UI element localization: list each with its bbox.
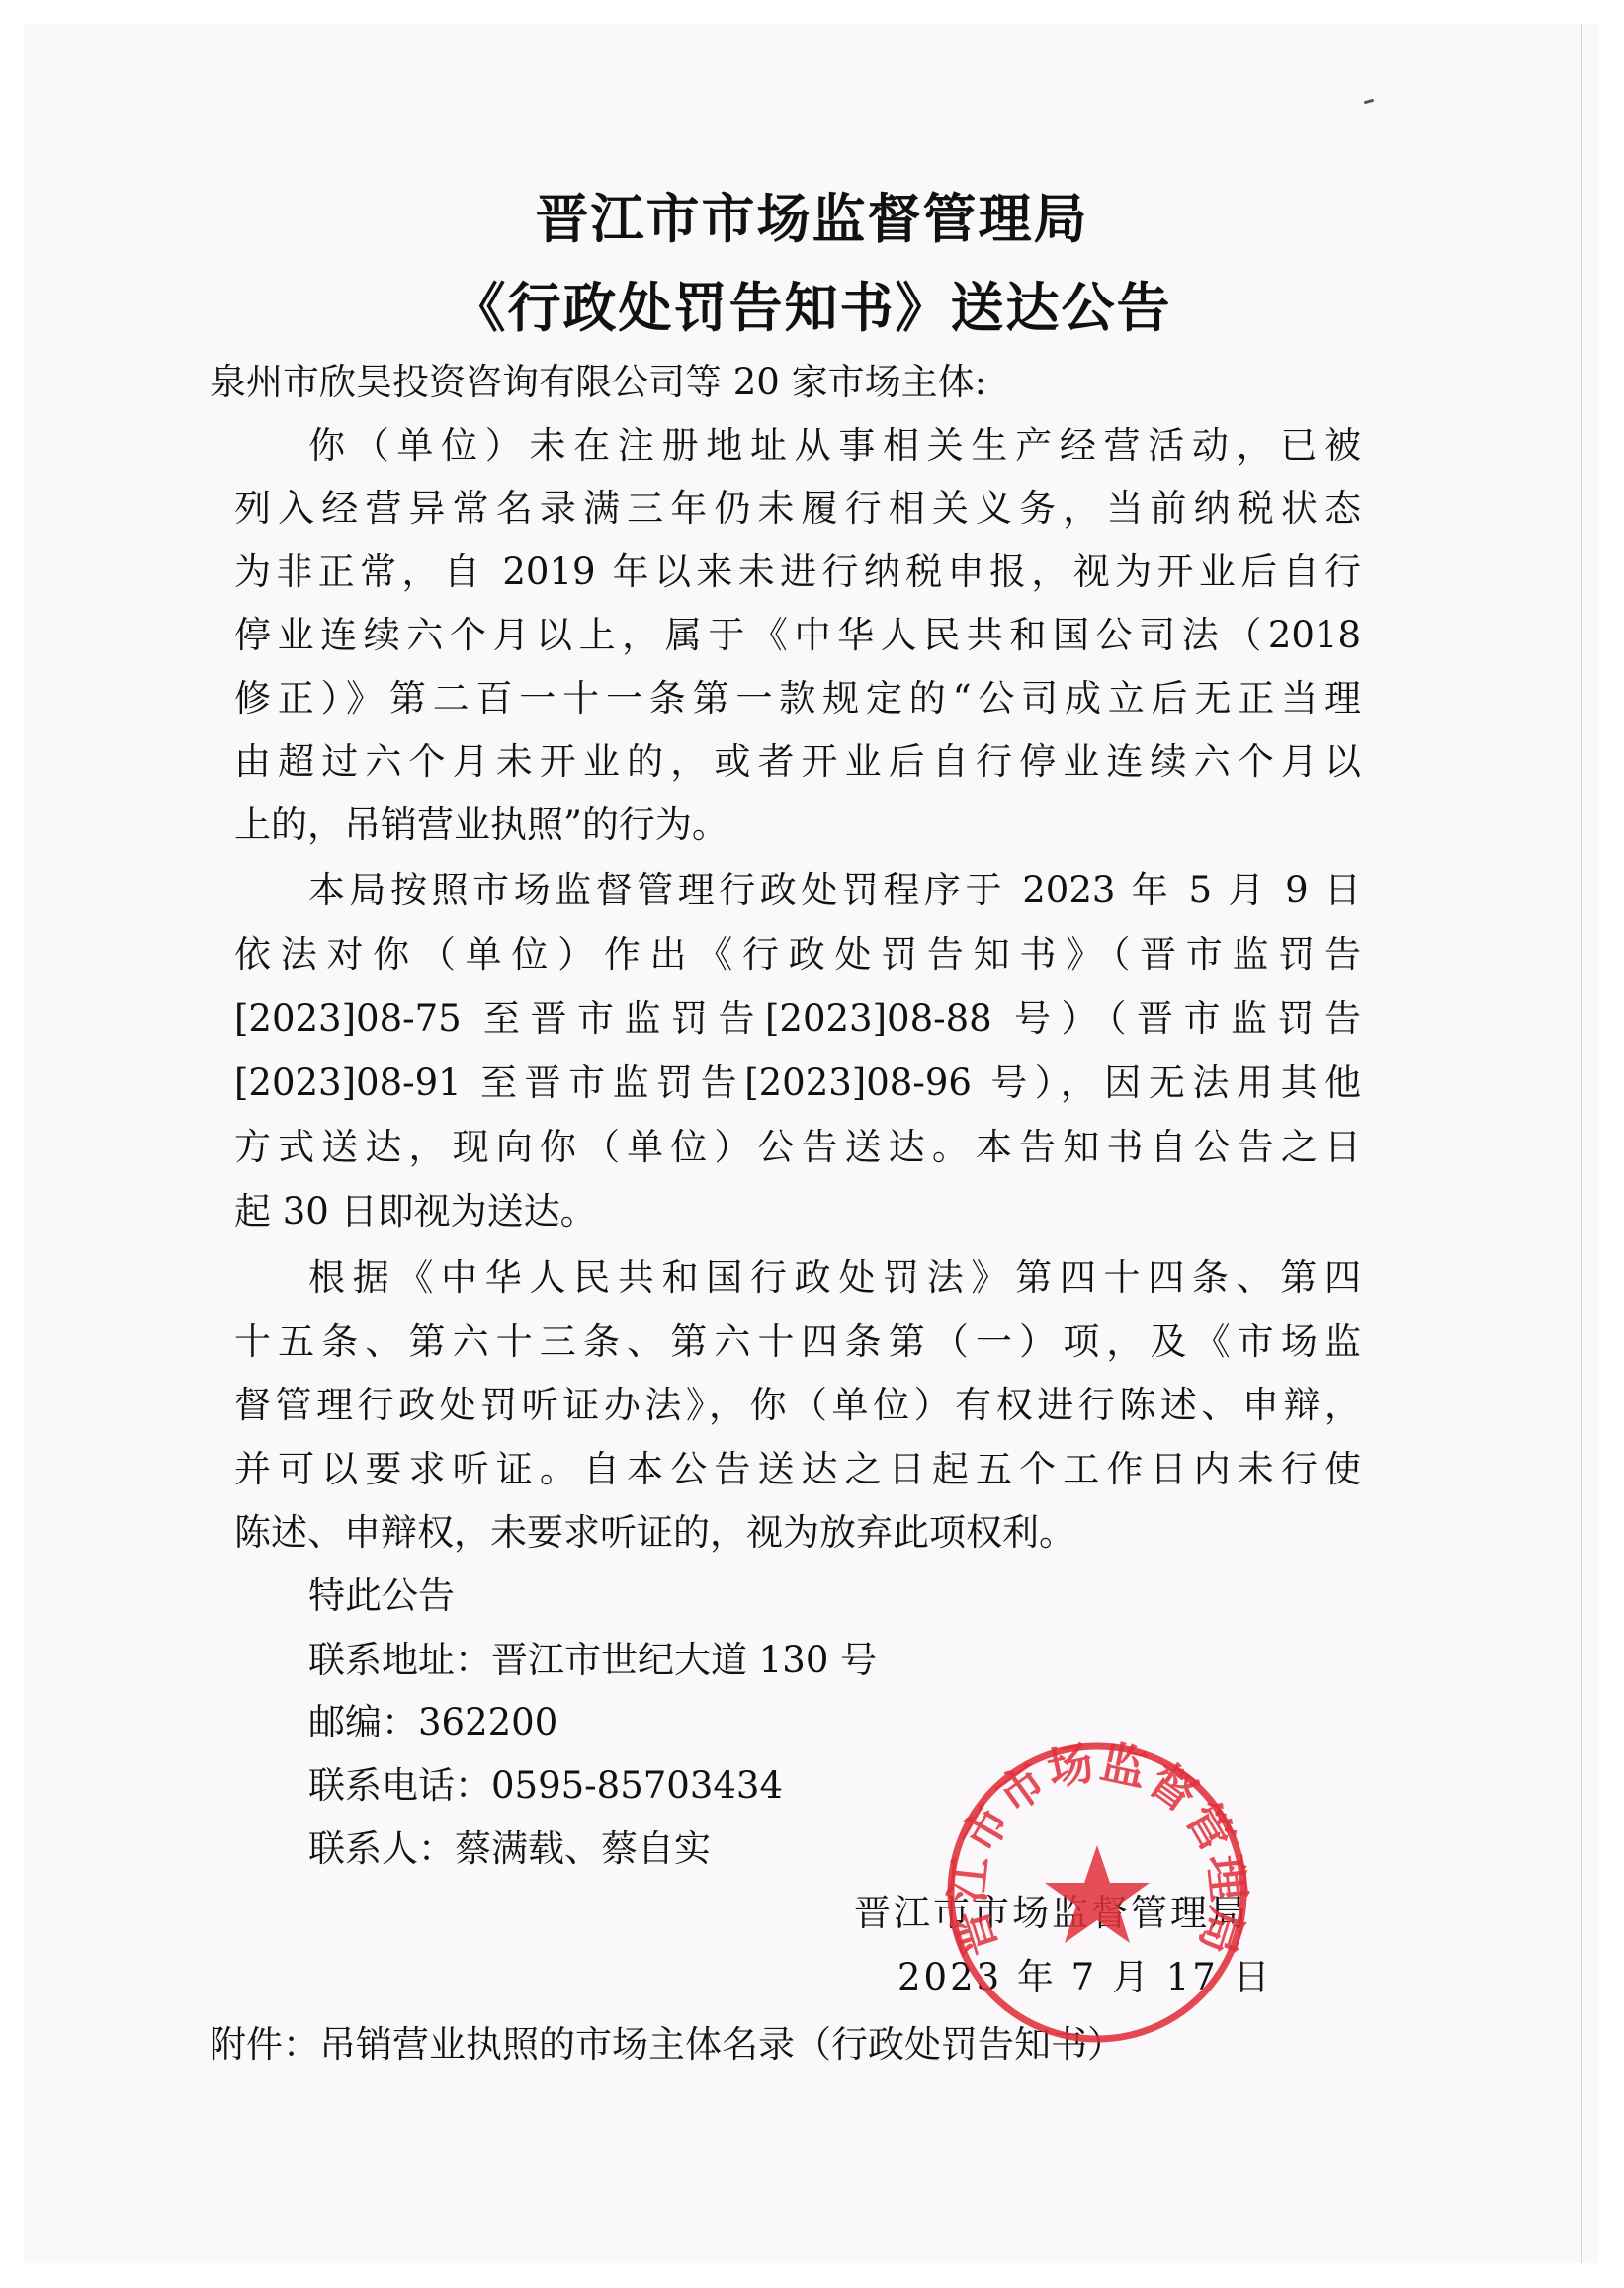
contact-postcode: 邮编：362200 [308,1704,557,1740]
paragraph3-line: 十五条、第六十三条、第六十四条第（一）项，及《市场监 [234,1323,1361,1360]
paragraph2-line: [2023]08-91 至晋市监罚告[2023]08-96 号），因无法用其他 [234,1064,1361,1101]
contact-address: 联系地址：晋江市世纪大道 130 号 [308,1642,877,1678]
paragraph1-line: 停业连续六个月以上，属于《中华人民共和国公司法（2018 [234,617,1361,653]
paragraph1-line: 为非正常，自 2019 年以来未进行纳税申报，视为开业后自行 [234,553,1361,590]
closing-text: 特此公告 [308,1577,455,1614]
attachment-note: 附件：吊销营业执照的市场主体名录（行政处罚告知书） [210,2026,1124,2063]
paragraph3-line: 根据《中华人民共和国行政处罚法》第四十四条、第四 [308,1259,1361,1296]
paragraph3-line: 陈述、申辩权，未要求听证的，视为放弃此项权利。 [234,1514,1361,1551]
paragraph2-line: 依法对你（单位）作出《行政处罚告知书》（晋市监罚告 [234,936,1361,973]
contact-phone: 联系电话：0595-85703434 [308,1767,783,1804]
issue-date: 2023 年 7 月 17 日 [897,1959,1273,1995]
paragraph3-line: 并可以要求听证。自本公告送达之日起五个工作日内未行使 [234,1451,1361,1487]
issuer-signature: 晋江市市场监督管理局 [854,1895,1249,1931]
paragraph1-line: 你（单位）未在注册地址从事相关生产经营活动，已被 [308,427,1361,464]
addressee: 泉州市欣昊投资咨询有限公司等 20 家市场主体: [210,364,1336,400]
contact-persons: 联系人：蔡满载、蔡自实 [308,1830,711,1867]
paragraph2-line: 方式送达，现向你（单位）公告送达。本告知书自公告之日 [234,1129,1361,1165]
paragraph1-line: 修正）》第二百一十一条第一款规定的“公司成立后无正当理 [234,680,1361,717]
paragraph3-line: 督管理行政处罚听证办法》，你（单位）有权进行陈述、申辩， [234,1387,1361,1423]
paragraph1-line: 由超过六个月未开业的，或者开业后自行停业连续六个月以 [234,743,1361,780]
document-subtitle: 《行政处罚告知书》送达公告 [0,282,1624,335]
paragraph1-line: 列入经营异常名录满三年仍未履行相关义务，当前纳税状态 [234,490,1361,527]
paragraph2-line: [2023]08-75 至晋市监罚告[2023]08-88 号）（晋市监罚告 [234,1000,1361,1037]
scan-edge-line [1581,24,1582,2263]
paragraph2-line: 本局按照市场监督管理行政处罚程序于 2023 年 5 月 9 日 [308,872,1361,908]
document-title: 晋江市市场监督管理局 [0,193,1624,246]
paragraph2-line: 起 30 日即视为送达。 [234,1193,1361,1229]
paragraph1-line: 上的，吊销营业执照”的行为。 [234,806,1361,843]
